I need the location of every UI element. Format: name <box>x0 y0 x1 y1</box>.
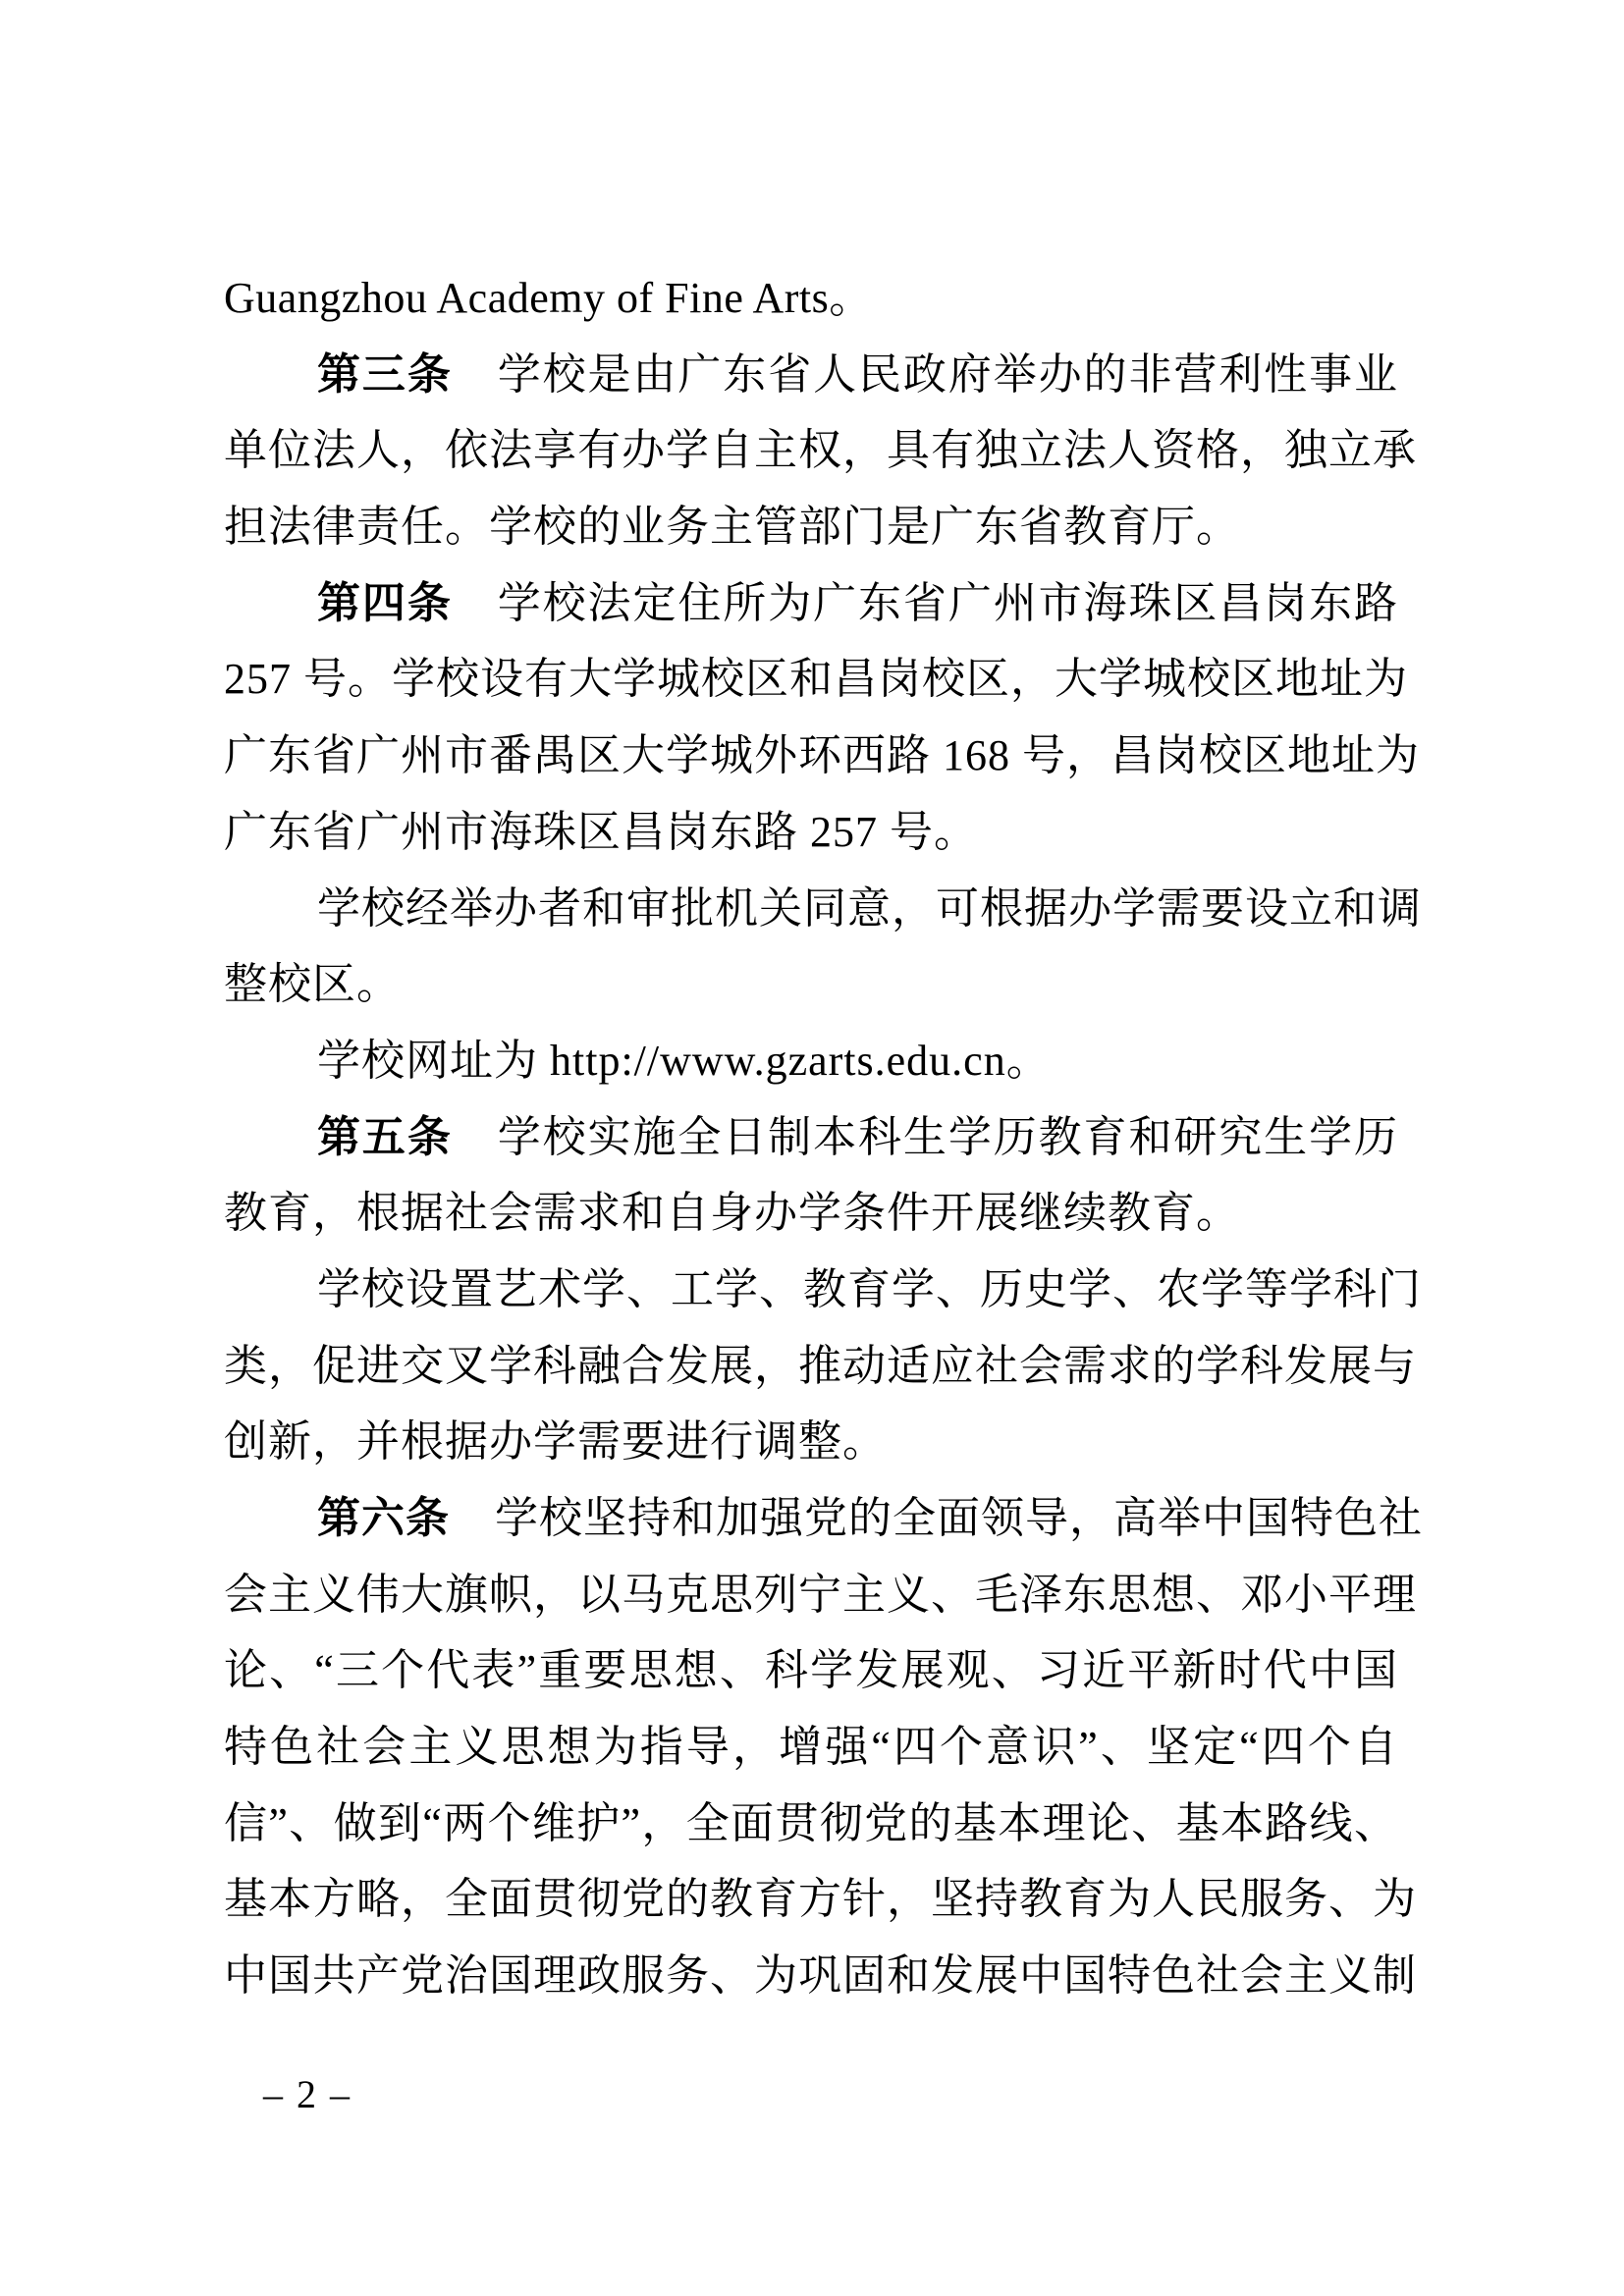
line-text: 学校实施全日制本科生学历教育和研究生学历 <box>498 1113 1398 1161</box>
page-number: – 2 – <box>263 2072 352 2116</box>
text-line: 创新，并根据办学需要进行调整。 <box>224 1404 1398 1480</box>
line-text: 学校设置艺术学、工学、教育学、历史学、农学等学科门 <box>317 1265 1422 1313</box>
text-line: 中国共产党治国理政服务、为巩固和发展中国特色社会主义制 <box>224 1938 1398 2014</box>
line-text: 单位法人，依法享有办学自主权，具有独立法人资格，独立承 <box>224 426 1417 474</box>
line-text: 特色社会主义思想为指导，增强“四个意识”、坚定“四个自 <box>224 1723 1398 1771</box>
line-text: 类，促进交叉学科融合发展，推动适应社会需求的学科发展与 <box>224 1342 1417 1390</box>
line-text: 担法律责任。学校的业务主管部门是广东省教育厅。 <box>224 503 1240 551</box>
text-line: 第六条学校坚持和加强党的全面领导，高举中国特色社 <box>224 1480 1398 1557</box>
article-number: 第四条 <box>317 579 453 627</box>
line-text: 会主义伟大旗帜，以马克思列宁主义、毛泽东思想、邓小平理 <box>224 1571 1417 1619</box>
text-line: 类，促进交叉学科融合发展，推动适应社会需求的学科发展与 <box>224 1328 1398 1405</box>
line-text: 学校坚持和加强党的全面领导，高举中国特色社 <box>495 1494 1423 1542</box>
line-text: 整校区。 <box>224 960 401 1008</box>
line-text: 学校法定住所为广东省广州市海珠区昌岗东路 <box>498 579 1398 627</box>
text-line: 第四条学校法定住所为广东省广州市海珠区昌岗东路 <box>224 565 1398 642</box>
text-line: 学校网址为 http://www.gzarts.edu.cn。 <box>224 1023 1398 1099</box>
text-line: 广东省广州市海珠区昌岗东路 257 号。 <box>224 794 1398 871</box>
line-text: 创新，并根据办学需要进行调整。 <box>224 1417 887 1466</box>
article-number: 第六条 <box>317 1494 450 1542</box>
text-line: 教育，根据社会需求和自身办学条件开展继续教育。 <box>224 1175 1398 1252</box>
document-page: Guangzhou Academy of Fine Arts。第三条学校是由广东… <box>0 0 1624 2296</box>
page-footer: – 2 – <box>263 2073 352 2116</box>
text-line: 信”、做到“两个维护”，全面贯彻党的基本理论、基本路线、 <box>224 1786 1398 1862</box>
text-line: 学校设置艺术学、工学、教育学、历史学、农学等学科门 <box>224 1252 1398 1328</box>
text-line: 会主义伟大旗帜，以马克思列宁主义、毛泽东思想、邓小平理 <box>224 1557 1398 1633</box>
text-line: 基本方略，全面贯彻党的教育方针，坚持教育为人民服务、为 <box>224 1861 1398 1938</box>
line-text: 中国共产党治国理政服务、为巩固和发展中国特色社会主义制 <box>224 1951 1417 2000</box>
article-number: 第三条 <box>317 350 453 399</box>
text-line: 论、“三个代表”重要思想、科学发展观、习近平新时代中国 <box>224 1632 1398 1709</box>
line-text: 广东省广州市番禺区大学城外环西路 168 号，昌岗校区地址为 <box>224 731 1420 779</box>
text-line: 担法律责任。学校的业务主管部门是广东省教育厅。 <box>224 489 1398 565</box>
line-text: 学校经举办者和审批机关同意，可根据办学需要设立和调 <box>317 884 1422 933</box>
text-line: 单位法人，依法享有办学自主权，具有独立法人资格，独立承 <box>224 412 1398 489</box>
text-line: 257 号。学校设有大学城校区和昌岗校区，大学城校区地址为 <box>224 641 1398 718</box>
text-line: 广东省广州市番禺区大学城外环西路 168 号，昌岗校区地址为 <box>224 718 1398 794</box>
text-line: 第五条学校实施全日制本科生学历教育和研究生学历 <box>224 1099 1398 1176</box>
document-body: Guangzhou Academy of Fine Arts。第三条学校是由广东… <box>224 260 1398 2014</box>
text-line: Guangzhou Academy of Fine Arts。 <box>224 260 1398 337</box>
line-text: 教育，根据社会需求和自身办学条件开展继续教育。 <box>224 1189 1240 1237</box>
text-line: 特色社会主义思想为指导，增强“四个意识”、坚定“四个自 <box>224 1709 1398 1786</box>
text-line: 第三条学校是由广东省人民政府举办的非营利性事业 <box>224 337 1398 413</box>
line-text: 257 号。学校设有大学城校区和昌岗校区，大学城校区地址为 <box>224 655 1408 703</box>
line-text: 广东省广州市海珠区昌岗东路 257 号。 <box>224 808 978 856</box>
line-text: Guangzhou Academy of Fine Arts。 <box>224 274 873 322</box>
line-text: 学校是由广东省人民政府举办的非营利性事业 <box>498 350 1398 399</box>
line-text: 论、“三个代表”重要思想、科学发展观、习近平新时代中国 <box>224 1646 1398 1694</box>
text-line: 学校经举办者和审批机关同意，可根据办学需要设立和调 <box>224 871 1398 947</box>
line-text: 信”、做到“两个维护”，全面贯彻党的基本理论、基本路线、 <box>224 1799 1398 1847</box>
line-text: 学校网址为 http://www.gzarts.edu.cn。 <box>317 1037 1051 1085</box>
line-text: 基本方略，全面贯彻党的教育方针，坚持教育为人民服务、为 <box>224 1875 1417 1923</box>
article-number: 第五条 <box>317 1113 453 1161</box>
text-line: 整校区。 <box>224 946 1398 1023</box>
